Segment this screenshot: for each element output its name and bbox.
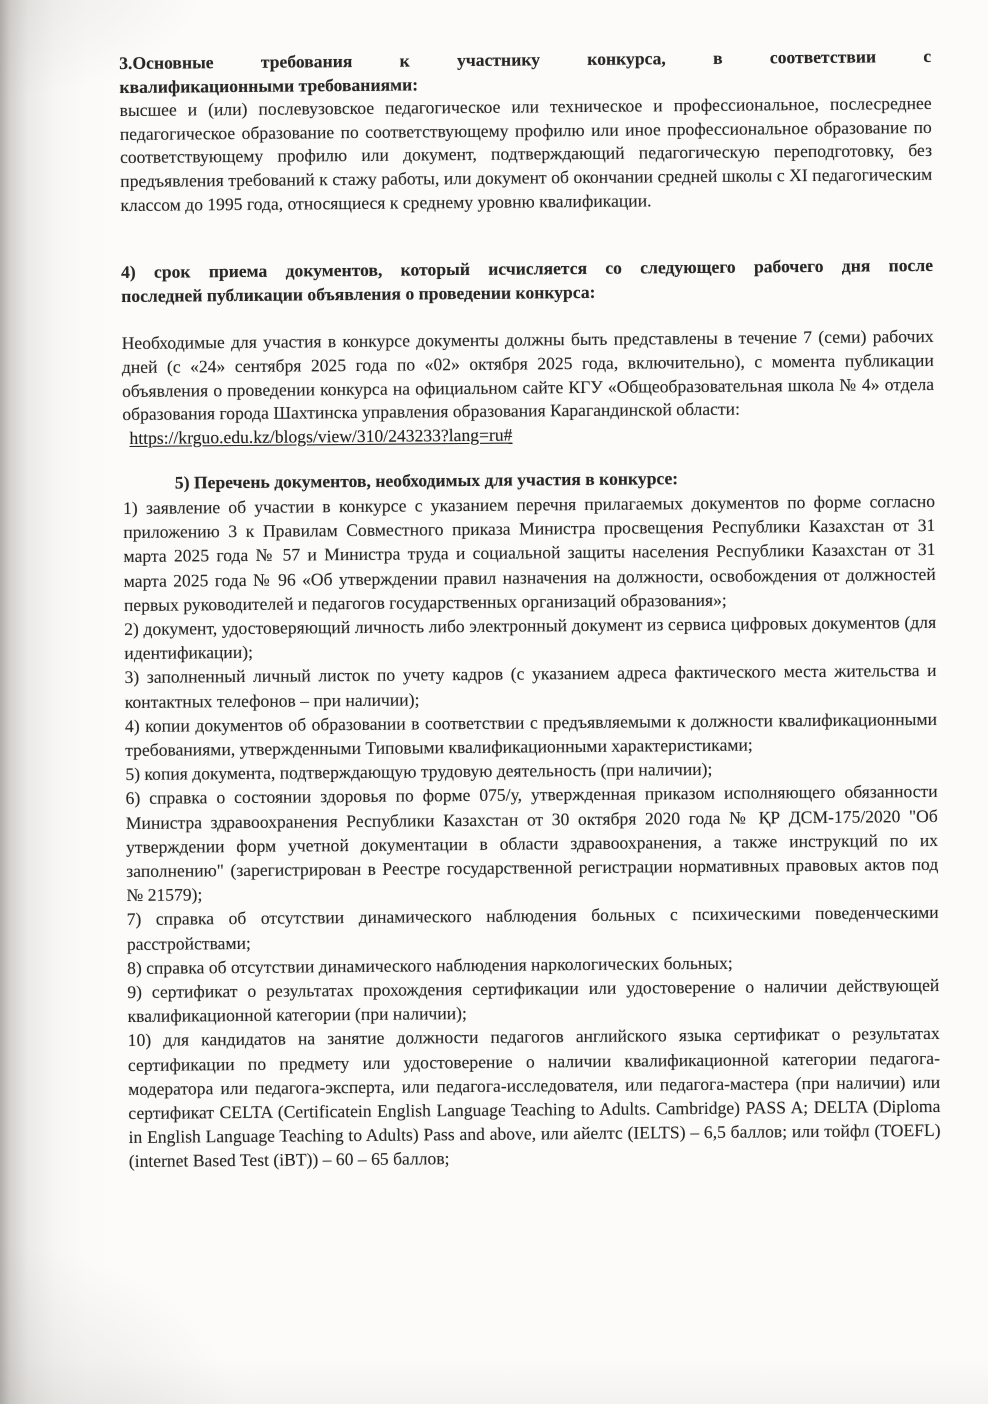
list-item-4: 4) копии документов об образовании в соо… <box>125 707 937 762</box>
document-content: 3.Основные требования к участнику конкур… <box>119 45 941 1174</box>
list-item-9: 9) сертификат о результатах прохождения … <box>127 973 939 1028</box>
scanned-document-page: { "colors": { "paper": "#fcfbfa", "edge_… <box>0 0 988 1404</box>
list-item-6: 6) справка о состоянии здоровья по форме… <box>126 779 939 907</box>
list-item-10: 10) для кандидатов на занятие должности … <box>128 1021 941 1173</box>
document-list: 1) заявление об участии в конкурсе с ука… <box>123 489 941 1174</box>
list-item-1: 1) заявление об участии в конкурсе с ука… <box>123 489 936 617</box>
list-item-3: 3) заполненный личный листок по учету ка… <box>124 658 936 713</box>
list-item-2: 2) документ, удостоверяющий личность либ… <box>124 610 936 665</box>
section4-heading: 4) срок приема документов, который исчис… <box>121 254 933 308</box>
section4-body: Необходимые для участия в конкурсе докум… <box>122 325 935 426</box>
section3-body: высшее и (или) послевузовское педагогиче… <box>120 92 933 217</box>
section3-heading: 3.Основные требования к участнику конкур… <box>119 45 931 99</box>
list-item-7: 7) справка об отсутствии динамического н… <box>127 900 939 955</box>
document-url-link: https://krguo.edu.kz/blogs/view/310/2432… <box>129 424 512 447</box>
